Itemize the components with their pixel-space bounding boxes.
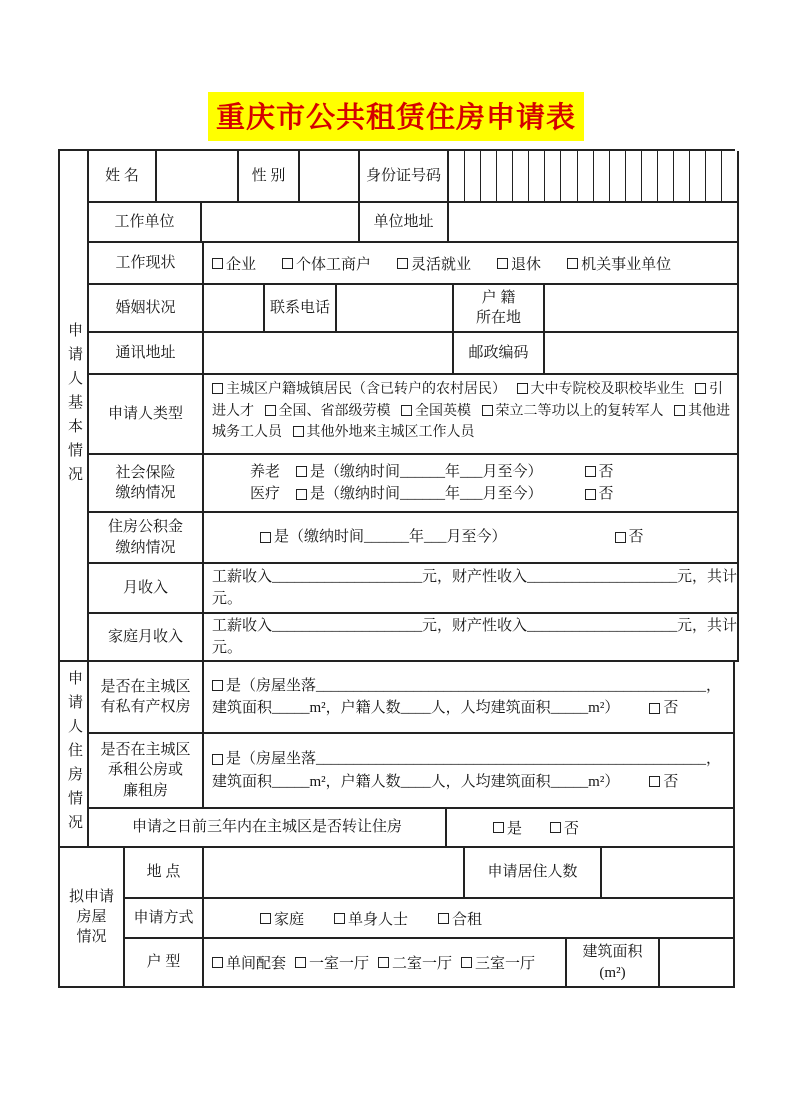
- rented-housing-content: 是（房屋坐落__________________________________…: [204, 734, 735, 809]
- phone-label: 联系电话: [265, 285, 337, 333]
- checkbox-icon[interactable]: [397, 258, 408, 269]
- row-apply-mode: 申请方式 家庭 单身人士 合租: [125, 899, 735, 939]
- checkbox-icon[interactable]: [296, 489, 307, 500]
- id-digit-cell[interactable]: [497, 151, 513, 201]
- area-label-line: (m²): [599, 963, 625, 983]
- work-unit-label: 工作单位: [89, 203, 202, 243]
- row-rented-public-housing: 是否在主城区 承租公房或 廉租房 是（房屋坐落_________________…: [89, 734, 735, 809]
- housing-transfer-options: 是 否: [447, 809, 735, 848]
- section-proposed: 拟申请 房屋 情况 地 点 申请居住人数 申请方式 家庭 单身人士 合租: [60, 848, 735, 988]
- housing-transfer-label: 申请之日前三年内在主城区是否转让住房: [89, 809, 447, 848]
- form-page: { "title": "重庆市公共租赁住房申请表", "colors": { "…: [0, 0, 792, 1120]
- checkbox-icon[interactable]: [212, 680, 223, 691]
- private-detail-text: 建筑面积_____m²，户籍人数____人，人均建筑面积_____m²）: [212, 697, 619, 720]
- section-basic-header: 申请人基本情况: [66, 322, 81, 490]
- marital-status-input-cell[interactable]: [204, 285, 265, 333]
- unit-address-label: 单位地址: [360, 203, 449, 243]
- marital-status-label: 婚姻状况: [89, 285, 204, 333]
- id-digit-cell[interactable]: [561, 151, 577, 201]
- id-digit-cell[interactable]: [481, 151, 497, 201]
- applicant-type-options: 主城区户籍城镇居民（含已转户的农村居民） 大中专院校及职校毕业生 引进人才 全国…: [204, 375, 737, 448]
- checkbox-icon[interactable]: [493, 822, 504, 833]
- checkbox-icon[interactable]: [438, 913, 449, 924]
- checkbox-icon[interactable]: [265, 405, 276, 416]
- unit-address-input-cell[interactable]: [449, 203, 739, 243]
- occupants-input-cell[interactable]: [602, 848, 735, 899]
- rented-housing-label-line: 承租公房或: [108, 760, 183, 780]
- social-no-option: 否: [599, 461, 614, 484]
- row-applicant-type: 申请人类型 主城区户籍城镇居民（含已转户的农村居民） 大中专院校及职校毕业生 引…: [89, 375, 739, 455]
- gender-input-cell[interactable]: [300, 151, 360, 203]
- work-status-option: 个体工商户: [296, 253, 371, 274]
- area-label: 建筑面积 (m²): [567, 939, 660, 988]
- unit-type-option: 二室一厅: [392, 952, 452, 973]
- private-no-option: 否: [663, 697, 678, 720]
- checkbox-icon[interactable]: [497, 258, 508, 269]
- social-insurance-label: 社会保险 缴纳情况: [89, 455, 204, 513]
- row-name-gender-id: 姓 名 性 别 身份证号码: [89, 151, 739, 203]
- checkbox-icon[interactable]: [517, 383, 528, 394]
- unit-type-option: 三室一厅: [475, 952, 535, 973]
- id-digit-cell[interactable]: [578, 151, 594, 201]
- id-digit-cell[interactable]: [674, 151, 690, 201]
- private-property-label-line: 是否在主城区: [100, 677, 190, 697]
- checkbox-icon[interactable]: [282, 258, 293, 269]
- id-digit-cell[interactable]: [642, 151, 658, 201]
- gender-label: 性 别: [239, 151, 300, 203]
- checkbox-icon[interactable]: [482, 405, 493, 416]
- comm-address-label: 通讯地址: [89, 333, 204, 375]
- section-housing-header-cell: 申请人住房情况: [60, 662, 89, 848]
- id-digit-cell[interactable]: [594, 151, 610, 201]
- area-input-cell[interactable]: [660, 939, 735, 988]
- work-status-option: 机关事业单位: [581, 253, 671, 274]
- phone-input-cell[interactable]: [337, 285, 454, 333]
- row-unit-type: 户 型 单间配套 一室一厅 二室一厅 三室一厅 建筑面积 (m²): [125, 939, 735, 988]
- housing-fund-label-line: 缴纳情况: [115, 538, 175, 558]
- id-digit-cell[interactable]: [610, 151, 626, 201]
- transfer-yes-option: 是: [507, 817, 522, 838]
- id-digit-cell[interactable]: [545, 151, 561, 201]
- row-social-insurance: 社会保险 缴纳情况 养老 是（缴纳时间______年___月至今） 否 医疗 是: [89, 455, 739, 513]
- checkbox-icon[interactable]: [649, 776, 660, 787]
- row-comm-address: 通讯地址 邮政编码: [89, 333, 739, 375]
- social-yes-option: 是（缴纳时间______年___月至今）: [310, 483, 543, 506]
- monthly-income-text-line1: 工薪收入____________________元，财产性收入_________…: [212, 566, 737, 589]
- unit-type-option: 一室一厅: [309, 952, 369, 973]
- unit-type-options: 单间配套 一室一厅 二室一厅 三室一厅: [204, 939, 567, 988]
- location-label: 地 点: [125, 848, 204, 899]
- apply-mode-label: 申请方式: [125, 899, 204, 939]
- registry-label-line: 户 籍: [482, 288, 516, 308]
- transfer-no-option: 否: [564, 817, 579, 838]
- id-digit-cell[interactable]: [513, 151, 529, 201]
- apply-mode-options: 家庭 单身人士 合租: [204, 899, 735, 939]
- private-property-content: 是（房屋坐落__________________________________…: [204, 662, 735, 734]
- id-digit-cell[interactable]: [529, 151, 545, 201]
- rented-housing-label: 是否在主城区 承租公房或 廉租房: [89, 734, 204, 809]
- applicant-type-option: 全国、省部级劳模: [279, 404, 391, 419]
- rent-yes-option: 是（房屋坐落__________________________________…: [226, 748, 721, 771]
- id-digit-cell[interactable]: [658, 151, 674, 201]
- unit-type-label: 户 型: [125, 939, 204, 988]
- id-number-label: 身份证号码: [360, 151, 449, 203]
- applicant-type-option: 大中专院校及职校毕业生: [531, 382, 685, 397]
- rented-housing-label-line: 是否在主城区: [100, 740, 190, 760]
- checkbox-icon[interactable]: [585, 466, 596, 477]
- row-housing-fund: 住房公积金 缴纳情况 是（缴纳时间______年___月至今） 否: [89, 513, 739, 564]
- work-unit-input-cell[interactable]: [202, 203, 360, 243]
- apply-mode-option: 单身人士: [348, 908, 408, 929]
- section-proposed-header-line: 情况: [76, 927, 106, 947]
- checkbox-icon[interactable]: [550, 822, 561, 833]
- checkbox-icon[interactable]: [378, 957, 389, 968]
- rented-housing-label-line: 廉租房: [123, 781, 168, 801]
- social-no-option: 否: [599, 483, 614, 506]
- name-label: 姓 名: [89, 151, 157, 203]
- private-yes-option: 是（房屋坐落__________________________________…: [226, 675, 721, 698]
- section-proposed-header-line: 房屋: [76, 907, 106, 927]
- checkbox-icon[interactable]: [212, 754, 223, 765]
- social-insurance-content: 养老 是（缴纳时间______年___月至今） 否 医疗 是（缴纳时间_____…: [204, 455, 739, 513]
- housing-fund-content: 是（缴纳时间______年___月至今） 否: [204, 513, 739, 564]
- checkbox-icon[interactable]: [585, 489, 596, 500]
- housing-fund-label: 住房公积金 缴纳情况: [89, 513, 204, 564]
- social-item-name: 养老: [250, 461, 280, 484]
- checkbox-icon[interactable]: [212, 383, 223, 394]
- rent-detail-text: 建筑面积_____m²，户籍人数____人，人均建筑面积_____m²）: [212, 771, 619, 794]
- social-insurance-label-line: 缴纳情况: [115, 483, 175, 503]
- work-status-option: 灵活就业: [411, 253, 471, 274]
- checkbox-icon[interactable]: [295, 957, 306, 968]
- id-digit-cell[interactable]: [465, 151, 481, 201]
- section-housing-header: 申请人住房情况: [66, 670, 81, 838]
- registry-label-line: 所在地: [476, 308, 521, 328]
- location-input-cell[interactable]: [204, 848, 465, 899]
- social-insurance-label-line: 社会保险: [115, 463, 175, 483]
- work-status-options: 企业 个体工商户 灵活就业 退休 机关事业单位: [204, 243, 739, 285]
- checkbox-icon[interactable]: [293, 426, 304, 437]
- monthly-income-text-line2: 元。: [212, 588, 737, 611]
- monthly-income-content: 工薪收入____________________元，财产性收入_________…: [204, 564, 739, 614]
- section-basic-header-cell: 申请人基本情况: [60, 151, 89, 662]
- applicant-type-option: 荣立二等功以上的复转军人: [496, 404, 664, 419]
- id-digit-cell[interactable]: [706, 151, 722, 201]
- checkbox-icon[interactable]: [674, 405, 685, 416]
- checkbox-icon[interactable]: [649, 703, 660, 714]
- checkbox-icon[interactable]: [695, 383, 706, 394]
- postcode-input-cell[interactable]: [545, 333, 739, 375]
- application-form-table: 申请人基本情况 姓 名 性 别 身份证号码 工作单位 单位地址: [58, 149, 735, 988]
- row-marital-phone-registry: 婚姻状况 联系电话 户 籍 所在地: [89, 285, 739, 333]
- section-proposed-header-cell: 拟申请 房屋 情况: [60, 848, 125, 988]
- id-digit-cell[interactable]: [690, 151, 706, 201]
- section-basic: 申请人基本情况 姓 名 性 别 身份证号码 工作单位 单位地址: [60, 151, 735, 662]
- applicant-type-label: 申请人类型: [89, 375, 204, 455]
- family-income-content: 工薪收入____________________元，财产性收入_________…: [204, 614, 739, 662]
- applicant-type-option: 全国英模: [415, 404, 471, 419]
- occupants-label: 申请居住人数: [465, 848, 602, 899]
- unit-type-option: 单间配套: [226, 952, 286, 973]
- applicant-type-option: 其他外地来主城区工作人员: [307, 425, 475, 440]
- section-proposed-header-line: 拟申请: [69, 887, 114, 907]
- id-digit-cell[interactable]: [722, 151, 737, 201]
- fund-yes-option: 是（缴纳时间______年___月至今）: [274, 526, 507, 549]
- family-income-text-line1: 工薪收入____________________元，财产性收入_________…: [212, 615, 737, 638]
- title-highlight: 重庆市公共租赁住房申请表: [208, 92, 584, 141]
- fund-no-option: 否: [629, 526, 644, 549]
- id-digit-cell[interactable]: [626, 151, 642, 201]
- private-property-label-line: 有私有产权房: [100, 697, 190, 717]
- rent-no-option: 否: [663, 771, 678, 794]
- area-label-line: 建筑面积: [582, 942, 642, 962]
- apply-mode-option: 合租: [452, 908, 482, 929]
- checkbox-icon[interactable]: [461, 957, 472, 968]
- social-yes-option: 是（缴纳时间______年___月至今）: [310, 461, 543, 484]
- family-income-label: 家庭月收入: [89, 614, 204, 662]
- work-status-label: 工作现状: [89, 243, 204, 285]
- checkbox-icon[interactable]: [212, 258, 223, 269]
- monthly-income-label: 月收入: [89, 564, 204, 614]
- checkbox-icon[interactable]: [260, 913, 271, 924]
- checkbox-icon[interactable]: [567, 258, 578, 269]
- work-status-option: 退休: [511, 253, 541, 274]
- row-work-status: 工作现状 企业 个体工商户 灵活就业 退休 机关事业单位: [89, 243, 739, 285]
- row-work-unit: 工作单位 单位地址: [89, 203, 739, 243]
- row-monthly-income: 月收入 工薪收入____________________元，财产性收入_____…: [89, 564, 739, 614]
- checkbox-icon[interactable]: [334, 913, 345, 924]
- checkbox-icon[interactable]: [260, 532, 271, 543]
- section-housing: 申请人住房情况 是否在主城区 有私有产权房 是（房屋坐落____________…: [60, 662, 735, 848]
- social-item-name: 医疗: [250, 483, 280, 506]
- family-income-text-line2: 元。: [212, 637, 737, 660]
- housing-fund-label-line: 住房公积金: [108, 517, 183, 537]
- checkbox-icon[interactable]: [401, 405, 412, 416]
- row-private-property: 是否在主城区 有私有产权房 是（房屋坐落____________________…: [89, 662, 735, 734]
- row-location: 地 点 申请居住人数: [125, 848, 735, 899]
- title-row: 重庆市公共租赁住房申请表: [0, 92, 792, 141]
- applicant-type-option: 主城区户籍城镇居民（含已转户的农村居民）: [226, 382, 506, 397]
- id-digit-cell[interactable]: [449, 151, 465, 201]
- work-status-option: 企业: [226, 253, 256, 274]
- comm-address-input-cell[interactable]: [204, 333, 454, 375]
- name-input-cell[interactable]: [157, 151, 239, 203]
- postcode-label: 邮政编码: [454, 333, 545, 375]
- apply-mode-option: 家庭: [274, 908, 304, 929]
- page-title: 重庆市公共租赁住房申请表: [216, 102, 576, 134]
- id-digit-cells: [449, 151, 737, 201]
- row-housing-transfer: 申请之日前三年内在主城区是否转让住房 是 否: [89, 809, 735, 848]
- checkbox-icon[interactable]: [615, 532, 626, 543]
- registry-location-input-cell[interactable]: [545, 285, 739, 333]
- row-family-income: 家庭月收入 工薪收入____________________元，财产性收入___…: [89, 614, 739, 662]
- checkbox-icon[interactable]: [212, 957, 223, 968]
- registry-location-label: 户 籍 所在地: [454, 285, 545, 333]
- checkbox-icon[interactable]: [296, 466, 307, 477]
- private-property-label: 是否在主城区 有私有产权房: [89, 662, 204, 734]
